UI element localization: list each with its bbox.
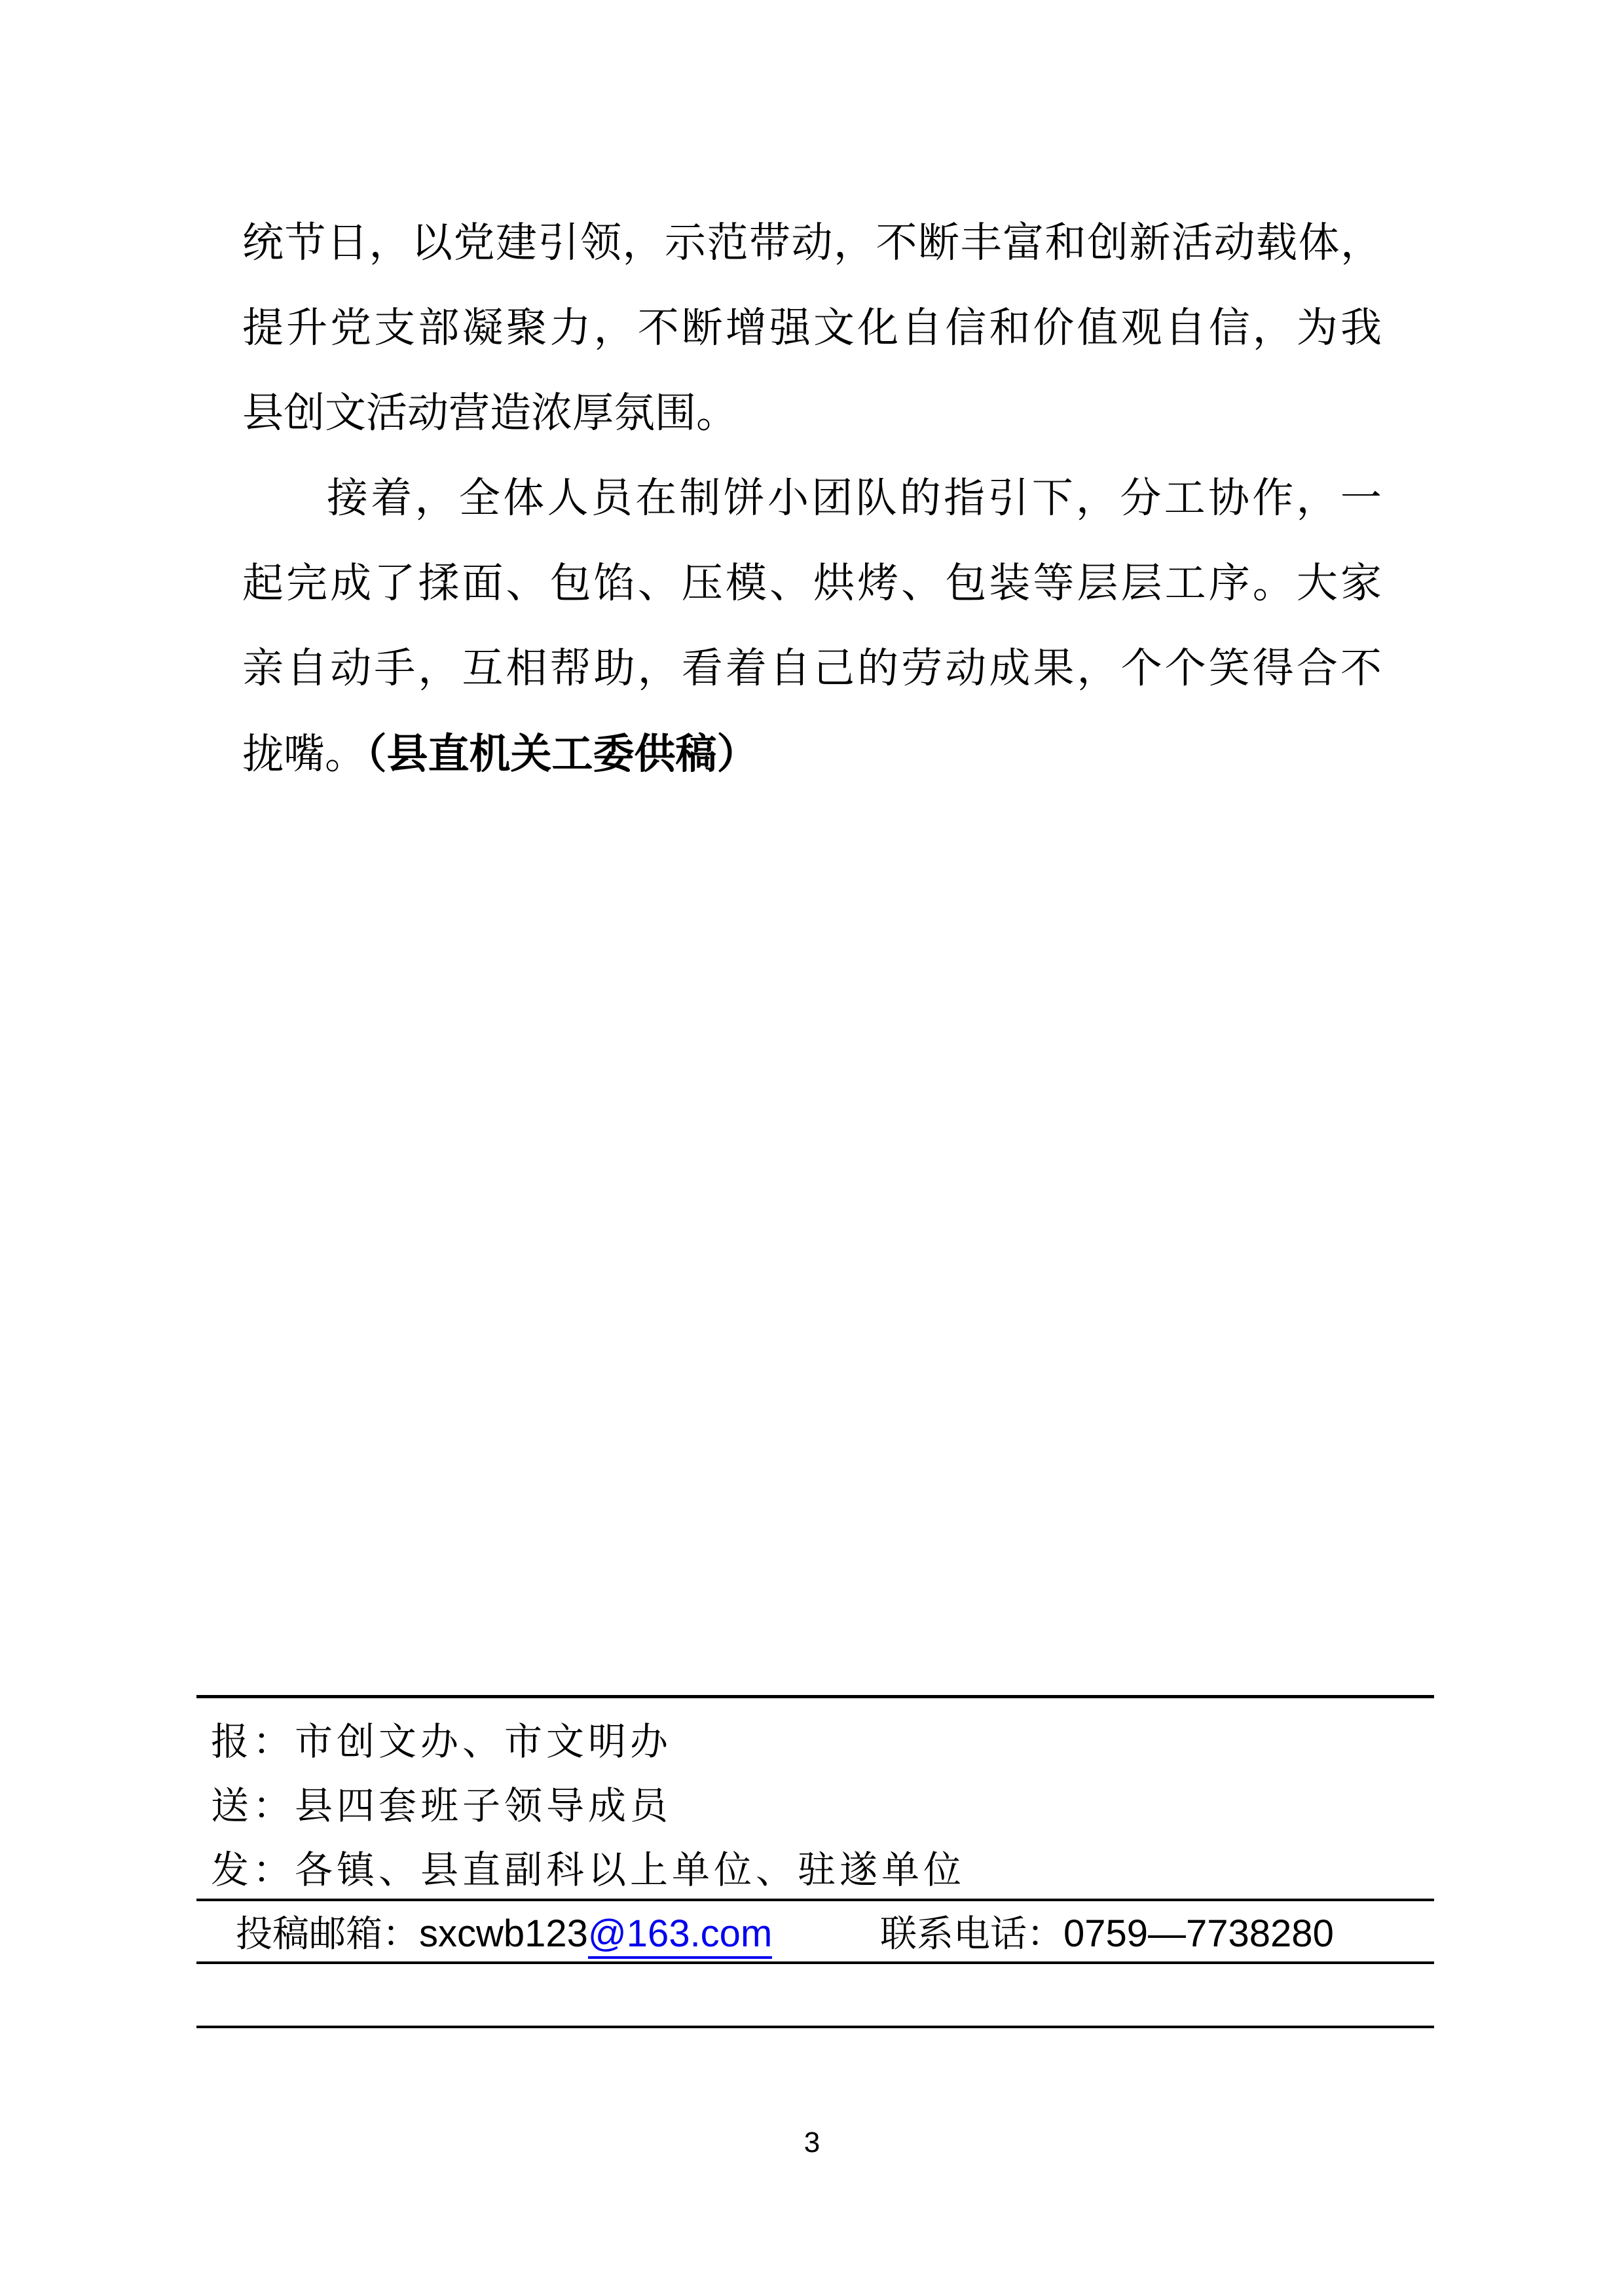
page-number: 3	[0, 2126, 1624, 2159]
distribution-row-issue: 发：各镇、县直副科以上单位、驻遂单位	[211, 1850, 965, 1890]
body-line: 统节日，以党建引领，示范带动，不断丰富和创新活动载体，	[242, 200, 1382, 285]
contact-phone: 联系电话：0759—7738280	[880, 1905, 1334, 1958]
footer-bottom-rule	[196, 2026, 1434, 2028]
distribution-row-report: 报：市创文办、市文明办	[211, 1721, 672, 1762]
phone-label: 联系电话：	[880, 1913, 1063, 1956]
body-line: 接着，全体人员在制饼小团队的指引下，分工协作，一	[242, 456, 1382, 541]
document-page: 统节日，以党建引领，示范带动，不断丰富和创新活动载体，提升党支部凝聚力，不断增强…	[0, 0, 1624, 2296]
body-line: 县创文活动营造浓厚氛围。	[242, 371, 1382, 456]
phone-number: 0759—7738280	[1063, 1912, 1334, 1955]
body-line: 拢嘴。（县直机关工委供稿）	[242, 711, 1382, 796]
distribution-row-send: 送：县四套班子领导成员	[211, 1785, 672, 1826]
body-line: 亲自动手，互相帮助，看着自己的劳动成果，个个笑得合不	[242, 626, 1382, 711]
body-line: 提升党支部凝聚力，不断增强文化自信和价值观自信，为我	[242, 285, 1382, 371]
footer-top-rule	[196, 1695, 1434, 1698]
body-line: 起完成了揉面、包馅、压模、烘烤、包装等层层工序。大家	[242, 541, 1382, 626]
contact-row: 投稿邮箱：sxcwb123@163.com 联系电话：0759—7738280	[196, 1901, 1434, 1961]
contact-bottom-rule	[196, 1961, 1434, 1964]
body-lines: 统节日，以党建引领，示范带动，不断丰富和创新活动载体，提升党支部凝聚力，不断增强…	[242, 200, 1382, 796]
contact-email: 投稿邮箱：sxcwb123@163.com	[236, 1905, 772, 1958]
email-domain-link[interactable]: @163.com	[588, 1912, 772, 1959]
email-user: sxcwb123	[419, 1912, 588, 1955]
email-label: 投稿邮箱：	[236, 1913, 419, 1956]
